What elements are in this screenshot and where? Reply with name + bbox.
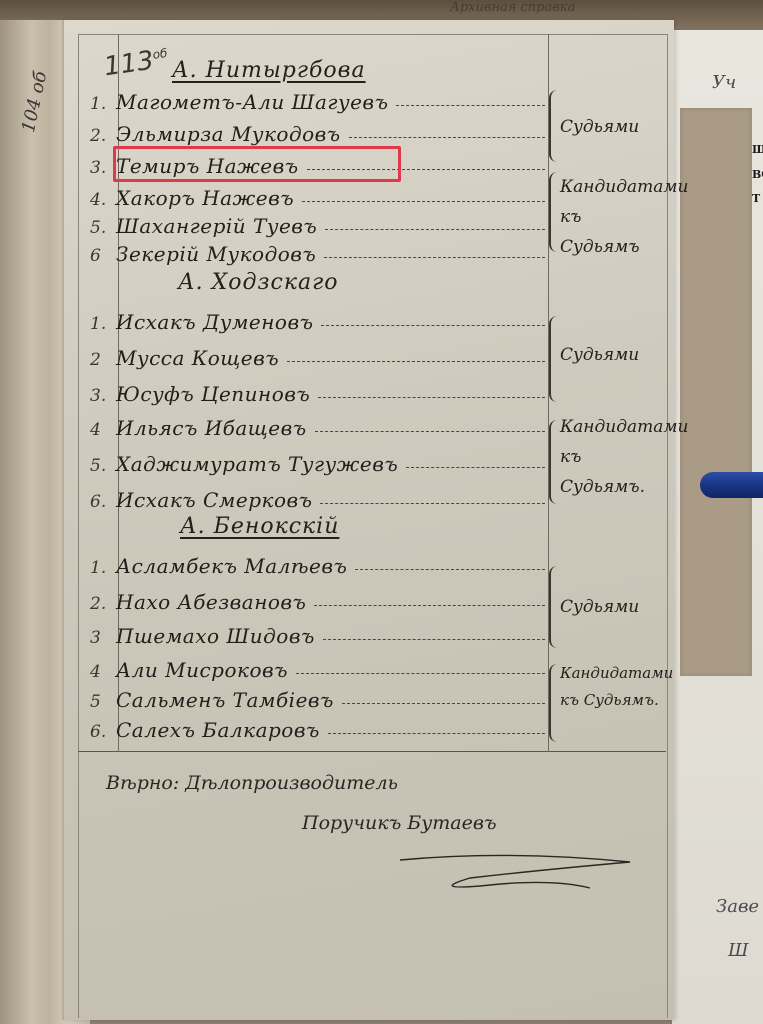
blue-pen [700,472,763,498]
right-print-fragment-2: ВО [752,168,763,181]
brace [549,420,559,504]
brace [549,664,559,742]
role-label-judges: Судьями [560,592,670,622]
role-label-candidates: Кандидатами къ Судьямъ [560,172,665,262]
right-print-fragment-1: Ш [752,143,763,156]
role-label-candidates: Кандидатами къ Судьямъ. [560,660,660,714]
table-row: 6.Исхакъ Смерковъ [90,484,545,512]
right-page-handwriting-2: Заве [716,896,759,917]
brace [549,90,559,162]
table-row: 2.Нахо Абезвановъ [90,586,545,614]
paper-bookmark-strip [680,108,752,676]
section-heading-1: А. Нитыргбова [172,58,366,83]
table-row: 5Сальменъ Тамбіевъ [90,684,545,712]
table-row: 2.Эльмирза Мукодовъ [90,118,545,146]
table-row: 3.Юсуфъ Цепиновъ [90,378,545,406]
table-row: 5.Шахангерій Туевъ [90,210,545,238]
highlight-box [113,146,401,182]
table-row: 5.Хаджимуратъ Тугужевъ [90,448,545,476]
left-folio-number: 104 об [18,69,51,134]
table-row: 4Ильясъ Ибащевъ [90,412,545,440]
role-label-candidates: Кандидатами къ Судьямъ. [560,412,665,502]
table-row: 1.Магометъ-Али Шагуевъ [90,86,545,114]
table-row: 3Пшемахо Шидовъ [90,620,545,648]
section-heading-3: А. Бенокскій [180,514,339,539]
brace [549,316,559,402]
brace [549,172,559,252]
right-print-fragment-3: Т [752,192,760,205]
role-label-judges: Судьями [560,112,670,142]
role-label-judges: Судьями [560,340,670,370]
table-row: 4Али Мисроковъ [90,654,545,682]
attestation-text: Вѣрно: Дѣлопроизводитель [106,772,398,794]
table-row: 4.Хакоръ Нажевъ [90,182,545,210]
table-row: 2Мусса Кощевъ [90,342,545,370]
signature-flourish-icon [390,840,650,900]
table-row: 1.Исхакъ Думеновъ [90,306,545,334]
brace [549,566,559,648]
table-row: 6Зекерій Мукодовъ [90,238,545,266]
section-heading-2: А. Ходзскаго [178,270,338,295]
table-row: 1.Асламбекъ Малѣевъ [90,550,545,578]
right-page-handwriting-3: Ш [728,940,749,961]
signature: Поручикъ Бутаевъ [302,812,497,834]
background-top-text: Архивная справка [450,0,575,15]
table-row: 6.Салехъ Балкаровъ [90,714,545,742]
right-page-handwriting-1: Уч [712,72,736,93]
